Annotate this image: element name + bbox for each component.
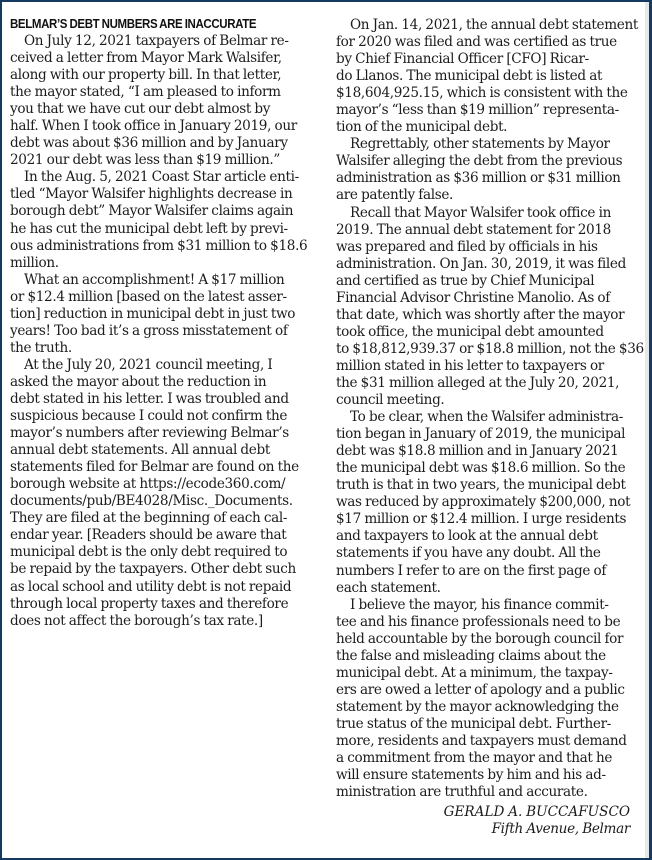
- text-line: for 2020 was filed and was certified as …: [336, 34, 636, 51]
- paragraph: To be clear, when the Walsifer administr…: [336, 409, 636, 597]
- text-line: was prepared and filed by officials in h…: [336, 239, 636, 256]
- signature-block: GERALD A. BUCCAFUSCO Fifth Avenue, Belma…: [336, 804, 636, 838]
- text-line: statement by the mayor acknowledging the: [336, 699, 636, 716]
- text-line: you that we have cut our debt almost by: [10, 101, 312, 118]
- text-line: he has cut the municipal debt left by pr…: [10, 221, 312, 238]
- paragraph: On Jan. 14, 2021, the annual debt statem…: [336, 17, 636, 136]
- text-line: council meeting.: [336, 392, 636, 409]
- text-line: mayor’s numbers after reviewing Belmar’s: [10, 425, 312, 442]
- author-name: GERALD A. BUCCAFUSCO: [336, 804, 630, 821]
- text-line: the false and misleading claims about th…: [336, 648, 636, 665]
- text-line: 2021 our debt was less than $19 million.…: [10, 152, 312, 169]
- text-line: $17 million or $12.4 million. I urge res…: [336, 511, 636, 528]
- text-line: debt was $18.8 million and in January 20…: [336, 443, 636, 460]
- text-line: What an accomplishment! A $17 million: [10, 272, 312, 289]
- text-line: mayor’s “less than $19 million” represen…: [336, 102, 636, 119]
- paragraph: Recall that Mayor Walsifer took office i…: [336, 205, 636, 410]
- text-line: tee and his finance professionals need t…: [336, 614, 636, 631]
- text-line: million.: [10, 255, 312, 272]
- text-line: and certified as true by Chief Municipal: [336, 273, 636, 290]
- paragraph: What an accomplishment! A $17 million or…: [10, 272, 312, 357]
- text-line: along with our property bill. In that le…: [10, 67, 312, 84]
- text-line: statements if you have any doubt. All th…: [336, 545, 636, 562]
- text-line: 2019. The annual debt statement for 2018: [336, 222, 636, 239]
- text-line: half. When I took office in January 2019…: [10, 118, 312, 135]
- text-line: that date, which was shortly after the m…: [336, 307, 636, 324]
- text-line: are patently false.: [336, 187, 636, 204]
- article-columns: BELMAR’S DEBT NUMBERS ARE INACCURATE On …: [2, 2, 649, 858]
- text-line: municipal debt is the only debt required…: [10, 544, 312, 561]
- text-line: held accountable by the borough council …: [336, 631, 636, 648]
- text-line: ministration are truthful and accurate.: [336, 784, 636, 801]
- text-line: and taxpayers to look at the annual debt: [336, 528, 636, 545]
- text-line: asked the mayor about the reduction in: [10, 374, 312, 391]
- text-line: municipal debt. At a minimum, the taxpay…: [336, 665, 636, 682]
- text-line: Regrettably, other statements by Mayor: [336, 136, 636, 153]
- text-line: administration as $36 million or $31 mil…: [336, 170, 636, 187]
- text-line: does not affect the borough’s tax rate.]: [10, 613, 312, 630]
- paragraph: At the July 20, 2021 council meeting, I …: [10, 357, 312, 630]
- url-text-line: borough website at https://ecode360.com/: [10, 476, 312, 493]
- text-line: numbers I refer to are on the first page…: [336, 563, 636, 580]
- text-line: Financial Advisor Christine Manolio. As …: [336, 290, 636, 307]
- paragraph: I believe the mayor, his finance commit-…: [336, 597, 636, 802]
- paragraph: On July 12, 2021 taxpayers of Belmar re-…: [10, 33, 312, 169]
- text-line: tion of the municipal debt.: [336, 119, 636, 136]
- text-line: the $31 million alleged at the July 20, …: [336, 375, 636, 392]
- text-line: To be clear, when the Walsifer administr…: [336, 409, 636, 426]
- text-line: $18,604,925.15, which is consistent with…: [336, 85, 636, 102]
- text-line: Recall that Mayor Walsifer took office i…: [336, 205, 636, 222]
- text-line: ous administrations from $31 million to …: [10, 238, 312, 255]
- text-line: At the July 20, 2021 council meeting, I: [10, 357, 312, 374]
- text-line: be repaid by the taxpayers. Other debt s…: [10, 561, 312, 578]
- right-column: On Jan. 14, 2021, the annual debt statem…: [336, 17, 636, 838]
- text-line: will ensure statements by him and his ad…: [336, 767, 636, 784]
- headline: BELMAR’S DEBT NUMBERS ARE INACCURATE: [10, 17, 288, 32]
- text-line: do Llanos. The municipal debt is listed …: [336, 68, 636, 85]
- text-line: They are filed at the beginning of each …: [10, 510, 312, 527]
- text-line: statements filed for Belmar are found on…: [10, 459, 312, 476]
- text-line: tion began in January of 2019, the munic…: [336, 426, 636, 443]
- text-line: the truth.: [10, 340, 312, 357]
- left-column: BELMAR’S DEBT NUMBERS ARE INACCURATE On …: [10, 17, 312, 630]
- text-line: true status of the municipal debt. Furth…: [336, 716, 636, 733]
- text-line: ers are owed a letter of apology and a p…: [336, 682, 636, 699]
- text-line: through local property taxes and therefo…: [10, 596, 312, 613]
- text-line: the municipal debt was $18.6 million. So…: [336, 460, 636, 477]
- text-line: more, residents and taxpayers must deman…: [336, 733, 636, 750]
- author-location: Fifth Avenue, Belmar: [336, 821, 630, 838]
- text-line: debt was about $36 million and by Januar…: [10, 135, 312, 152]
- text-line: Walsifer alleging the debt from the prev…: [336, 153, 636, 170]
- text-line: a commitment from the mayor and that he: [336, 750, 636, 767]
- text-line: administration. On Jan. 30, 2019, it was…: [336, 256, 636, 273]
- text-line: the mayor stated, “I am pleased to infor…: [10, 84, 312, 101]
- text-line: I believe the mayor, his finance commit-: [336, 597, 636, 614]
- text-line: each statement.: [336, 580, 636, 597]
- text-line: was reduced by approximately $200,000, n…: [336, 494, 636, 511]
- paragraph: Regrettably, other statements by Mayor W…: [336, 136, 636, 204]
- text-line: by Chief Financial Officer [CFO] Ricar-: [336, 51, 636, 68]
- text-line: to $18,812,939.37 or $18.8 million, not …: [336, 341, 636, 358]
- text-line: debt stated in his letter. I was trouble…: [10, 391, 312, 408]
- text-line: or $12.4 million [based on the latest as…: [10, 289, 312, 306]
- letter-frame: BELMAR’S DEBT NUMBERS ARE INACCURATE On …: [0, 0, 652, 860]
- text-line: On Jan. 14, 2021, the annual debt statem…: [336, 17, 636, 34]
- text-line: took office, the municipal debt amounted: [336, 324, 636, 341]
- url-text-line: documents/pub/BE4028/Misc._Documents.: [10, 493, 312, 510]
- text-line: borough debt” Mayor Walsifer claims agai…: [10, 203, 312, 220]
- text-line: suspicious because I could not confirm t…: [10, 408, 312, 425]
- text-line: million stated in his letter to taxpayer…: [336, 358, 636, 375]
- paragraph: In the Aug. 5, 2021 Coast Star article e…: [10, 169, 312, 271]
- text-line: years! Too bad it’s a gross misstatement…: [10, 323, 312, 340]
- text-line: On July 12, 2021 taxpayers of Belmar re-: [10, 33, 312, 50]
- text-line: In the Aug. 5, 2021 Coast Star article e…: [10, 169, 312, 186]
- text-line: tion] reduction in municipal debt in jus…: [10, 306, 312, 323]
- text-line: endar year. [Readers should be aware tha…: [10, 527, 312, 544]
- text-line: annual debt statements. All annual debt: [10, 442, 312, 459]
- text-line: tled “Mayor Walsifer highlights decrease…: [10, 186, 312, 203]
- text-line: ceived a letter from Mayor Mark Walsifer…: [10, 50, 312, 67]
- text-line: truth is that in two years, the municipa…: [336, 477, 636, 494]
- text-line: as local school and utility debt is not …: [10, 579, 312, 596]
